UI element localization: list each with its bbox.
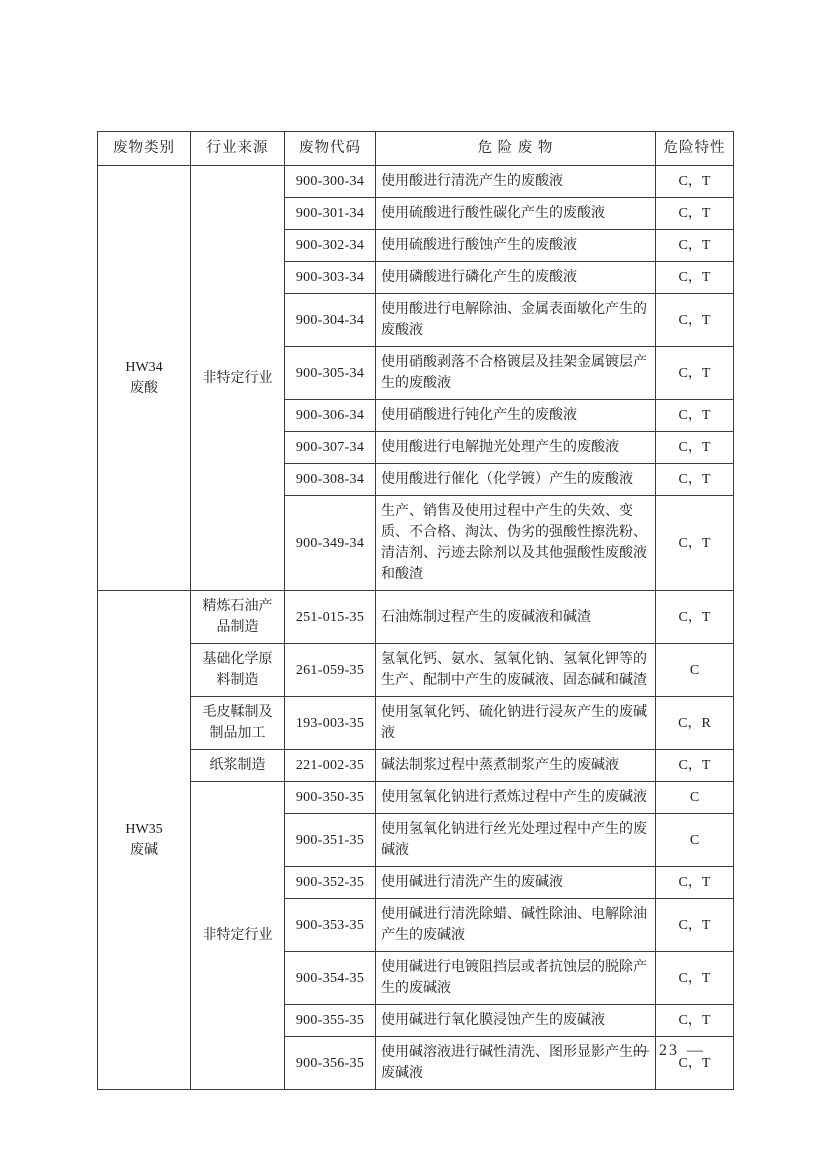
- hazard-traits-cell: C，T: [656, 1005, 734, 1037]
- page-number: —23—: [633, 1042, 705, 1060]
- waste-code-cell: 261-059-35: [285, 644, 376, 697]
- hazard-traits-cell: C，T: [656, 230, 734, 262]
- waste-category-cell: HW34废酸: [98, 166, 191, 591]
- hazardous-waste-cell: 使用酸进行电解除油、金属表面敏化产生的废酸液: [376, 294, 656, 347]
- waste-code-cell: 900-303-34: [285, 262, 376, 294]
- header-hazardous-waste: 危 险 废 物: [376, 132, 656, 166]
- waste-code-cell: 900-302-34: [285, 230, 376, 262]
- hazard-traits-cell: C，T: [656, 166, 734, 198]
- hazardous-waste-cell: 使用硝酸剥落不合格镀层及挂架金属镀层产生的废酸液: [376, 347, 656, 400]
- industry-source-cell: 基础化学原料制造: [191, 644, 285, 697]
- page-number-right-dash: —: [687, 1042, 705, 1059]
- table-row: 毛皮鞣制及制品加工193-003-35使用氢氧化钙、硫化钠进行浸灰产生的废碱液C…: [98, 697, 734, 750]
- hazard-traits-cell: C: [656, 644, 734, 697]
- waste-code-cell: 900-351-35: [285, 814, 376, 867]
- hazardous-waste-cell: 使用酸进行催化（化学镀）产生的废酸液: [376, 464, 656, 496]
- hazardous-waste-table: 废物类别 行业来源 废物代码 危 险 废 物 危险特性 HW34废酸非特定行业9…: [97, 131, 734, 1090]
- header-hazard-traits: 危险特性: [656, 132, 734, 166]
- table-row: 纸浆制造221-002-35碱法制浆过程中蒸煮制浆产生的废碱液C，T: [98, 750, 734, 782]
- hazard-traits-cell: C，T: [656, 432, 734, 464]
- hazardous-waste-cell: 氢氧化钙、氨水、氢氧化钠、氢氧化钾等的生产、配制中产生的废碱液、固态碱和碱渣: [376, 644, 656, 697]
- table-row: HW34废酸非特定行业900-300-34使用酸进行清洗产生的废酸液C，T: [98, 166, 734, 198]
- page-number-value: 23: [651, 1042, 687, 1059]
- table-row: 基础化学原料制造261-059-35氢氧化钙、氨水、氢氧化钠、氢氧化钾等的生产、…: [98, 644, 734, 697]
- hazardous-waste-cell: 使用氢氧化钙、硫化钠进行浸灰产生的废碱液: [376, 697, 656, 750]
- waste-code-cell: 221-002-35: [285, 750, 376, 782]
- hazardous-waste-cell: 使用碱进行清洗除蜡、碱性除油、电解除油产生的废碱液: [376, 899, 656, 952]
- waste-category-code: HW35: [102, 819, 186, 840]
- waste-code-cell: 900-300-34: [285, 166, 376, 198]
- waste-code-cell: 900-356-35: [285, 1037, 376, 1090]
- hazard-traits-cell: C，T: [656, 464, 734, 496]
- waste-code-cell: 900-306-34: [285, 400, 376, 432]
- page-number-left-dash: —: [633, 1042, 651, 1059]
- hazard-traits-cell: C，T: [656, 750, 734, 782]
- hazardous-waste-cell: 使用硫酸进行酸性碳化产生的废酸液: [376, 198, 656, 230]
- hazard-traits-cell: C，T: [656, 262, 734, 294]
- hazard-traits-cell: C，R: [656, 697, 734, 750]
- document-page: 废物类别 行业来源 废物代码 危 险 废 物 危险特性 HW34废酸非特定行业9…: [0, 0, 826, 1169]
- table-row: 非特定行业900-350-35使用氢氧化钠进行煮炼过程中产生的废碱液C: [98, 782, 734, 814]
- waste-code-cell: 900-301-34: [285, 198, 376, 230]
- waste-code-cell: 900-354-35: [285, 952, 376, 1005]
- table-row: HW35废碱精炼石油产品制造251-015-35石油炼制过程产生的废碱液和碱渣C…: [98, 591, 734, 644]
- hazard-traits-cell: C，T: [656, 347, 734, 400]
- hazard-traits-cell: C，T: [656, 400, 734, 432]
- hazard-traits-cell: C，T: [656, 899, 734, 952]
- industry-source-cell: 毛皮鞣制及制品加工: [191, 697, 285, 750]
- table-header-row: 废物类别 行业来源 废物代码 危 险 废 物 危险特性: [98, 132, 734, 166]
- hazard-traits-cell: C: [656, 782, 734, 814]
- hazardous-waste-cell: 石油炼制过程产生的废碱液和碱渣: [376, 591, 656, 644]
- hazard-traits-cell: C，T: [656, 591, 734, 644]
- waste-code-cell: 900-349-34: [285, 496, 376, 591]
- hazardous-waste-cell: 使用碱进行氧化膜浸蚀产生的废碱液: [376, 1005, 656, 1037]
- header-waste-code: 废物代码: [285, 132, 376, 166]
- header-industry-source: 行业来源: [191, 132, 285, 166]
- hazard-traits-cell: C，T: [656, 294, 734, 347]
- hazardous-waste-cell: 使用碱进行清洗产生的废碱液: [376, 867, 656, 899]
- waste-category-code: HW34: [102, 357, 186, 378]
- table-body: HW34废酸非特定行业900-300-34使用酸进行清洗产生的废酸液C，T900…: [98, 166, 734, 1090]
- hazardous-waste-cell: 使用氢氧化钠进行煮炼过程中产生的废碱液: [376, 782, 656, 814]
- industry-source-cell: 精炼石油产品制造: [191, 591, 285, 644]
- industry-source-cell: 非特定行业: [191, 782, 285, 1090]
- hazardous-waste-cell: 使用磷酸进行磷化产生的废酸液: [376, 262, 656, 294]
- hazard-traits-cell: C，T: [656, 867, 734, 899]
- hazardous-waste-cell: 使用碱进行电镀阻挡层或者抗蚀层的脱除产生的废碱液: [376, 952, 656, 1005]
- waste-code-cell: 900-350-35: [285, 782, 376, 814]
- hazardous-waste-cell: 使用硝酸进行钝化产生的废酸液: [376, 400, 656, 432]
- hazardous-waste-cell: 使用酸进行电解抛光处理产生的废酸液: [376, 432, 656, 464]
- hazardous-waste-cell: 使用酸进行清洗产生的废酸液: [376, 166, 656, 198]
- waste-code-cell: 900-308-34: [285, 464, 376, 496]
- waste-code-cell: 900-353-35: [285, 899, 376, 952]
- waste-code-cell: 900-352-35: [285, 867, 376, 899]
- waste-category-name: 废酸: [102, 378, 186, 399]
- waste-code-cell: 900-307-34: [285, 432, 376, 464]
- waste-code-cell: 193-003-35: [285, 697, 376, 750]
- hazardous-waste-cell: 使用氢氧化钠进行丝光处理过程中产生的废碱液: [376, 814, 656, 867]
- header-waste-category: 废物类别: [98, 132, 191, 166]
- industry-source-cell: 纸浆制造: [191, 750, 285, 782]
- hazardous-waste-cell: 使用硫酸进行酸蚀产生的废酸液: [376, 230, 656, 262]
- hazard-traits-cell: C，T: [656, 198, 734, 230]
- hazard-traits-cell: C，T: [656, 496, 734, 591]
- hazardous-waste-cell: 碱法制浆过程中蒸煮制浆产生的废碱液: [376, 750, 656, 782]
- waste-code-cell: 900-304-34: [285, 294, 376, 347]
- hazardous-waste-cell: 生产、销售及使用过程中产生的失效、变质、不合格、淘汰、伪劣的强酸性擦洗粉、清洁剂…: [376, 496, 656, 591]
- hazard-traits-cell: C，T: [656, 952, 734, 1005]
- waste-code-cell: 900-355-35: [285, 1005, 376, 1037]
- hazard-traits-cell: C: [656, 814, 734, 867]
- waste-code-cell: 251-015-35: [285, 591, 376, 644]
- waste-code-cell: 900-305-34: [285, 347, 376, 400]
- waste-category-name: 废碱: [102, 840, 186, 861]
- waste-category-cell: HW35废碱: [98, 591, 191, 1090]
- hazardous-waste-cell: 使用碱溶液进行碱性清洗、图形显影产生的废碱液: [376, 1037, 656, 1090]
- industry-source-cell: 非特定行业: [191, 166, 285, 591]
